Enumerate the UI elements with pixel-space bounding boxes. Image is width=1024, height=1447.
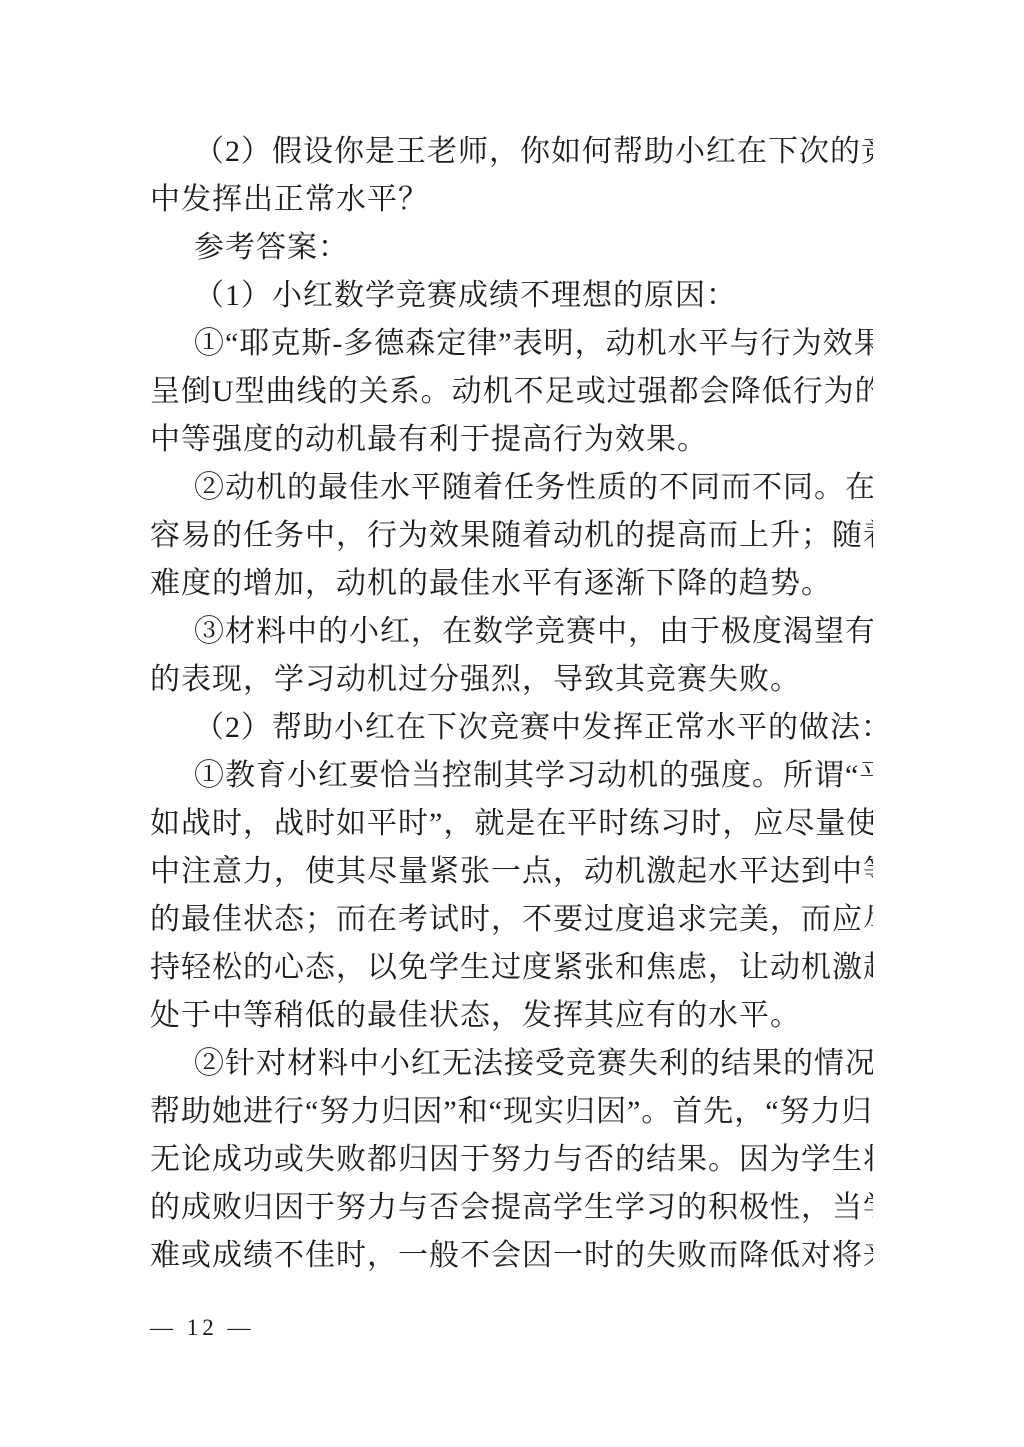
paragraph: ①“耶克斯-多德森定律”表明，动机水平与行为效果呈倒U型曲线的关系。动机不足或过… (150, 320, 873, 464)
page-footer: — 12 — (150, 1308, 873, 1348)
text-line: 持轻松的心态，以免学生过度紧张和焦虑，让动机激起水平 (150, 944, 873, 992)
text-line: ③材料中的小红，在数学竞赛中，由于极度渴望有完美 (150, 608, 873, 656)
text-line: 帮助她进行“努力归因”和“现实归因”。首先，“努力归因”， (150, 1088, 873, 1136)
paragraph: （2）假设你是王老师，你如何帮助小红在下次的竞赛中发挥出正常水平？ (150, 128, 873, 224)
document-body: （2）假设你是王老师，你如何帮助小红在下次的竞赛中发挥出正常水平？参考答案：（1… (150, 128, 873, 1280)
text-line: 中注意力，使其尽量紧张一点，动机激起水平达到中等偏高 (150, 848, 873, 896)
text-line: 的表现，学习动机过分强烈，导致其竞赛失败。 (150, 656, 873, 704)
text-line: 难度的增加，动机的最佳水平有逐渐下降的趋势。 (150, 560, 873, 608)
paragraph: （1）小红数学竞赛成绩不理想的原因： (150, 272, 873, 320)
text-line: 容易的任务中，行为效果随着动机的提高而上升；随着任务 (150, 512, 873, 560)
text-line: 处于中等稍低的最佳状态，发挥其应有的水平。 (150, 992, 873, 1040)
paragraph: ②动机的最佳水平随着任务性质的不同而不同。在比较容易的任务中，行为效果随着动机的… (150, 464, 873, 608)
page-number: — 12 — (150, 1315, 255, 1340)
document-page: （2）假设你是王老师，你如何帮助小红在下次的竞赛中发挥出正常水平？参考答案：（1… (0, 0, 1024, 1447)
text-line: ①教育小红要恰当控制其学习动机的强度。所谓“平时 (150, 752, 873, 800)
paragraph: （2）帮助小红在下次竞赛中发挥正常水平的做法： (150, 704, 873, 752)
text-line: 如战时，战时如平时”，就是在平时练习时，应尽量使其集 (150, 800, 873, 848)
text-line: 难或成绩不佳时，一般不会因一时的失败而降低对将来会取 (150, 1232, 873, 1280)
paragraph: ②针对材料中小红无法接受竞赛失利的结果的情况，可帮助她进行“努力归因”和“现实归… (150, 1040, 873, 1280)
text-line: （2）假设你是王老师，你如何帮助小红在下次的竞赛 (150, 128, 873, 176)
text-line: 呈倒U型曲线的关系。动机不足或过强都会降低行为的效果， (150, 368, 873, 416)
text-line: 参考答案： (150, 224, 873, 272)
text-line: ①“耶克斯-多德森定律”表明，动机水平与行为效果 (150, 320, 873, 368)
text-line: （2）帮助小红在下次竞赛中发挥正常水平的做法： (150, 704, 873, 752)
text-line: ②动机的最佳水平随着任务性质的不同而不同。在比较 (150, 464, 873, 512)
paragraph: ①教育小红要恰当控制其学习动机的强度。所谓“平时如战时，战时如平时”，就是在平时… (150, 752, 873, 1040)
text-line: 的最佳状态；而在考试时，不要过度追求完美，而应尽量保 (150, 896, 873, 944)
paragraph: 参考答案： (150, 224, 873, 272)
text-line: 的成败归因于努力与否会提高学生学习的积极性，当学习困 (150, 1184, 873, 1232)
text-line: 中发挥出正常水平？ (150, 176, 873, 224)
text-line: 无论成功或失败都归因于努力与否的结果。因为学生将自己 (150, 1136, 873, 1184)
text-line: 中等强度的动机最有利于提高行为效果。 (150, 416, 873, 464)
text-line: （1）小红数学竞赛成绩不理想的原因： (150, 272, 873, 320)
paragraph: ③材料中的小红，在数学竞赛中，由于极度渴望有完美的表现，学习动机过分强烈，导致其… (150, 608, 873, 704)
text-line: ②针对材料中小红无法接受竞赛失利的结果的情况，可 (150, 1040, 873, 1088)
